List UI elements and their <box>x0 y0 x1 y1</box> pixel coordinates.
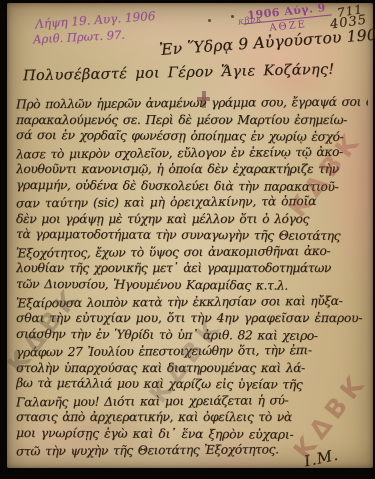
handwriting-line: Ἐξοχότητος, ἔχων τὸ ὕψος σοι ἀνακομισθῆν… <box>16 243 368 262</box>
handwriting-line: δὲν μοι γράψῃ μὲ τύχην καὶ μέλλον ὅτι ὁ … <box>16 211 368 228</box>
ink-dot <box>231 15 234 18</box>
letter-body: Πρὸ πολλῶν ἡμερῶν ἀναμένων γράμμα σου, ἔ… <box>16 95 368 459</box>
handwriting-line: σά σοι ἐν χορδαῖς φωνέσσῃ ὁποίημας ἐν χω… <box>16 127 368 146</box>
handwriting-line: λουθοῦντι κανονισμῷ, ἡ ὁποία δὲν ἐχαρακτ… <box>16 161 368 178</box>
handwriting-line: Ἐξαίρουσα λοιπὸν κατὰ τὴν ἐκκλησίαν σοι … <box>16 292 368 311</box>
handwriting-line: λασε τὸ μικρὸν σχολεῖον, εὔλογον ἐν ἐκεί… <box>16 143 368 162</box>
handwriting-line: Πρὸ πολλῶν ἡμερῶν ἀναμένων γράμμα σου, ἔ… <box>16 94 368 113</box>
handwriting-line: στασις ἀπὸ ἀρχιερατικήν, καὶ ὀφείλεις τὸ… <box>16 409 368 426</box>
handwriting-line: τῶν Διονυσίου, Ἡγουμένου Καραμίδας κ.τ.λ… <box>16 276 368 295</box>
handwriting-line: στολὴν ὑπαρχούσας καὶ διατηρουμένας καὶ … <box>16 360 368 377</box>
handwriting-line: παρακαλούμενός σε. Περὶ δὲ μέσον Μαρτίου… <box>16 112 368 129</box>
salutation-line: Πολυσέβαστέ μοι Γέρον Ἅγιε Κοζάνης! <box>23 62 335 85</box>
scanned-letter-photo: Λήψη 19. Αυγ. 1906 Αριθ. Πρωτ. 97. κβνκ … <box>0 0 375 479</box>
handwriting-line: Γαλανῆς μου! Διότι καὶ μοι χρειάζεται ἡ … <box>16 391 368 410</box>
handwriting-line: σαν ταύτην (sic) καὶ μὴ ὀρειχαλκίνην, τὰ… <box>16 193 368 212</box>
protocol-number-annotation: Αριθ. Πρωτ. 97. <box>33 28 126 47</box>
received-date-annotation: Λήψη 19. Αυγ. 1906 <box>35 9 156 31</box>
handwriting-line: γράφων 27 Ἰουλίου ἐπεστοιχειώθην ὅτι, τὴ… <box>16 342 368 361</box>
letter-page: Λήψη 19. Αυγ. 1906 Αριθ. Πρωτ. 97. κβνκ … <box>7 3 373 468</box>
ink-dot <box>208 19 211 22</box>
handwriting-line: σθαι τὴν εὐτυχίαν μου, ὅτι τὴν 4ην γραφε… <box>16 310 368 327</box>
handwriting-line: λουθίαν τῆς χρονικῆς μετ᾽ ἀεὶ γραμματοδο… <box>16 260 368 277</box>
